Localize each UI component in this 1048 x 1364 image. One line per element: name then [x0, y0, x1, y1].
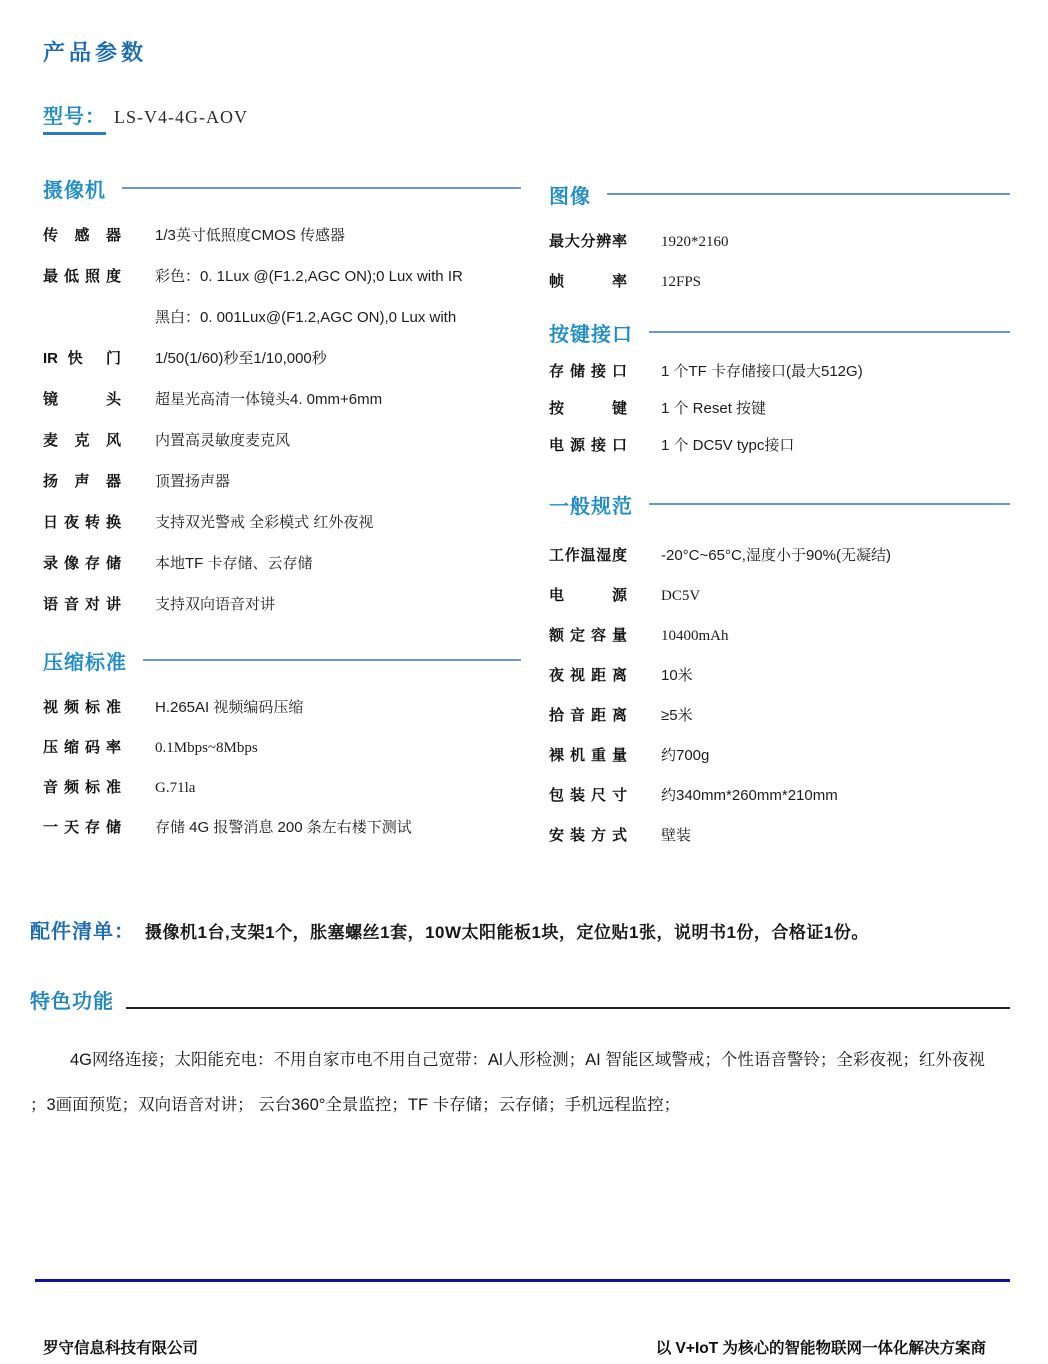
features-title: 特色功能	[30, 985, 114, 1014]
spec-value: 1 个 Reset 按键	[661, 399, 766, 419]
section-interface: 按键接口 存储接口1 个TF 卡存储接口(最大512G)按 键1 个 Reset…	[549, 320, 1010, 456]
spec-label: 包装尺寸	[549, 786, 627, 806]
section-image-header: 图像	[549, 182, 1010, 206]
spec-row: 电 源DC5V	[549, 586, 1010, 606]
spec-value: 1/3英寸低照度CMOS 传感器	[155, 226, 345, 246]
spec-label: 音频标准	[43, 778, 121, 798]
spec-label: 安装方式	[549, 826, 627, 846]
spec-row: 最低照度彩色：0. 1Lux @(F1.2,AGC ON);0 Lux with…	[43, 267, 521, 287]
spec-label: 存储接口	[549, 362, 627, 382]
spec-label: 裸机重量	[549, 746, 627, 766]
section-interface-title: 按键接口	[549, 318, 633, 347]
spec-row: 夜视距离10米	[549, 666, 1010, 686]
spec-value: 内置高灵敏度麦克风	[155, 431, 290, 451]
spec-row: 最大分辨率1920*2160	[549, 232, 1010, 252]
spec-row: IR快 门1/50(1/60)秒至1/10,000秒	[43, 349, 521, 369]
spec-row: 扬 声 器顶置扬声器	[43, 472, 521, 492]
footer-rule	[35, 1279, 1010, 1282]
spec-label: 日夜转换	[43, 513, 121, 533]
footer: 罗守信息科技有限公司 以 V+IoT 为核心的智能物联网一体化解决方案商	[43, 1336, 986, 1358]
spec-value: 1/50(1/60)秒至1/10,000秒	[155, 349, 327, 369]
section-general-header: 一般规范	[549, 492, 1010, 516]
section-image-title: 图像	[549, 180, 591, 209]
spec-value: 支持双向语音对讲	[155, 595, 275, 615]
spec-row: 视频标准H.265AI 视频编码压缩	[43, 698, 521, 718]
spec-value: 顶置扬声器	[155, 472, 230, 492]
features-header: 特色功能	[30, 988, 1010, 1014]
page-title: 产品参数	[43, 36, 147, 67]
spec-label	[43, 308, 121, 328]
features-line: ；3画面预览；双向语音对讲； 云台360°全景监控；TF 卡存储；云存储；手机远…	[30, 1083, 1010, 1128]
spec-label: 视频标准	[43, 698, 121, 718]
spec-row: 按 键1 个 Reset 按键	[549, 399, 1010, 419]
spec-label: 电源接口	[549, 436, 627, 456]
section-compression-header: 压缩标准	[43, 648, 521, 672]
footer-company: 罗守信息科技有限公司	[43, 1336, 198, 1358]
accessories-label: 配件清单：	[30, 915, 135, 944]
section-rule	[649, 503, 1010, 505]
spec-value: 约340mm*260mm*210mm	[661, 786, 838, 806]
accessories-text: 摄像机1台,支架1个，胀塞螺丝1套，10W太阳能板1块，定位贴1张，说明书1份，…	[145, 915, 869, 943]
section-general: 一般规范 工作温湿度-20°C~65°C,湿度小于90%(无凝结)电 源DC5V…	[549, 492, 1010, 846]
section-rule	[122, 187, 521, 189]
spec-label: 最大分辨率	[549, 232, 627, 252]
spec-value: 0.1Mbps~8Mbps	[155, 738, 258, 758]
spec-row: 额定容量10400mAh	[549, 626, 1010, 646]
accessories-row: 配件清单： 摄像机1台,支架1个，胀塞螺丝1套，10W太阳能板1块，定位贴1张，…	[30, 915, 1010, 944]
spec-label: 额定容量	[549, 626, 627, 646]
section-general-rows: 工作温湿度-20°C~65°C,湿度小于90%(无凝结)电 源DC5V额定容量1…	[549, 546, 1010, 846]
section-rule	[143, 659, 521, 661]
spec-label: 录像存储	[43, 554, 121, 574]
spec-label: 电 源	[549, 586, 627, 606]
section-general-title: 一般规范	[549, 490, 633, 519]
left-column: 摄像机 传 感 器1/3英寸低照度CMOS 传感器最低照度彩色：0. 1Lux …	[43, 176, 521, 858]
spec-row: 麦 克 风内置高灵敏度麦克风	[43, 431, 521, 451]
spec-value: 10400mAh	[661, 626, 729, 646]
spec-row: 安装方式壁装	[549, 826, 1010, 846]
section-camera-header: 摄像机	[43, 176, 521, 200]
spec-label: 工作温湿度	[549, 546, 627, 566]
section-compression-title: 压缩标准	[43, 646, 127, 675]
product-spec-page: 产品参数 型号： LS-V4-4G-AOV 摄像机 传 感 器1/3英寸低照度C…	[0, 0, 1048, 1364]
model-row: 型号： LS-V4-4G-AOV	[43, 100, 248, 135]
spec-row: 拾音距离≥5米	[549, 706, 1010, 726]
spec-value: H.265AI 视频编码压缩	[155, 698, 303, 718]
footer-slogan: 以 V+IoT 为核心的智能物联网一体化解决方案商	[656, 1336, 986, 1358]
features-section: 特色功能 4G网络连接；太阳能充电：不用自家市电不用自己宽带：Al人形检测；AI…	[30, 988, 1010, 1128]
spec-label: 拾音距离	[549, 706, 627, 726]
spec-label: 一天存储	[43, 818, 121, 838]
spec-value: 约700g	[661, 746, 709, 766]
spec-columns: 摄像机 传 感 器1/3英寸低照度CMOS 传感器最低照度彩色：0. 1Lux …	[43, 176, 1010, 866]
spec-row: 黑白：0. 001Lux@(F1.2,AGC ON),0 Lux with	[43, 308, 521, 328]
spec-label: 麦 克 风	[43, 431, 121, 451]
features-rule	[126, 1007, 1010, 1009]
spec-label: 扬 声 器	[43, 472, 121, 492]
spec-label: 帧 率	[549, 272, 627, 292]
spec-value: 1 个 DC5V typc接口	[661, 436, 794, 456]
spec-label: 传 感 器	[43, 226, 121, 246]
spec-row: 日夜转换支持双光警戒 全彩模式 红外夜视	[43, 513, 521, 533]
spec-label: IR快 门	[43, 349, 121, 369]
spec-value: 12FPS	[661, 272, 701, 292]
spec-value: ≥5米	[661, 706, 693, 726]
spec-value: 存储 4G 报警消息 200 条左右楼下测试	[155, 818, 412, 838]
section-compression: 压缩标准 视频标准H.265AI 视频编码压缩压缩码率0.1Mbps~8Mbps…	[43, 648, 521, 838]
spec-value: -20°C~65°C,湿度小于90%(无凝结)	[661, 546, 891, 566]
spec-label: 最低照度	[43, 267, 121, 287]
section-image: 图像 最大分辨率1920*2160帧 率12FPS	[549, 182, 1010, 292]
spec-label: 压缩码率	[43, 738, 121, 758]
section-image-rows: 最大分辨率1920*2160帧 率12FPS	[549, 232, 1010, 292]
spec-row: 压缩码率0.1Mbps~8Mbps	[43, 738, 521, 758]
spec-row: 镜 头超星光高清一体镜头4. 0mm+6mm	[43, 390, 521, 410]
features-body: 4G网络连接；太阳能充电：不用自家市电不用自己宽带：Al人形检测；AI 智能区域…	[30, 1038, 1010, 1128]
spec-row: 存储接口1 个TF 卡存储接口(最大512G)	[549, 362, 1010, 382]
section-rule	[649, 331, 1010, 333]
section-camera: 摄像机 传 感 器1/3英寸低照度CMOS 传感器最低照度彩色：0. 1Lux …	[43, 176, 521, 615]
model-label: 型号：	[43, 100, 106, 135]
section-rule	[607, 193, 1010, 195]
spec-value: 彩色：0. 1Lux @(F1.2,AGC ON);0 Lux with IR	[155, 267, 463, 287]
spec-row: 音频标准G.71la	[43, 778, 521, 798]
spec-value: 支持双光警戒 全彩模式 红外夜视	[155, 513, 373, 533]
spec-value: 本地TF 卡存储、云存储	[155, 554, 313, 574]
spec-row: 裸机重量约700g	[549, 746, 1010, 766]
spec-row: 电源接口1 个 DC5V typc接口	[549, 436, 1010, 456]
spec-row: 帧 率12FPS	[549, 272, 1010, 292]
spec-value: 10米	[661, 666, 693, 686]
spec-row: 传 感 器1/3英寸低照度CMOS 传感器	[43, 226, 521, 246]
spec-value: DC5V	[661, 586, 700, 606]
spec-label: 夜视距离	[549, 666, 627, 686]
spec-value: 超星光高清一体镜头4. 0mm+6mm	[155, 390, 382, 410]
section-interface-rows: 存储接口1 个TF 卡存储接口(最大512G)按 键1 个 Reset 按键电源…	[549, 362, 1010, 456]
spec-value: 壁装	[661, 826, 691, 846]
spec-value: G.71la	[155, 778, 195, 798]
features-line: 4G网络连接；太阳能充电：不用自家市电不用自己宽带：Al人形检测；AI 智能区域…	[30, 1038, 1010, 1083]
section-interface-header: 按键接口	[549, 320, 1010, 344]
right-column: 图像 最大分辨率1920*2160帧 率12FPS 按键接口 存储接口1 个TF…	[549, 176, 1010, 866]
spec-label: 语音对讲	[43, 595, 121, 615]
spec-row: 包装尺寸约340mm*260mm*210mm	[549, 786, 1010, 806]
section-camera-title: 摄像机	[43, 174, 106, 203]
spec-row: 语音对讲支持双向语音对讲	[43, 595, 521, 615]
spec-value: 黑白：0. 001Lux@(F1.2,AGC ON),0 Lux with	[155, 308, 456, 328]
section-compression-rows: 视频标准H.265AI 视频编码压缩压缩码率0.1Mbps~8Mbps音频标准G…	[43, 698, 521, 838]
spec-label: 按 键	[549, 399, 627, 419]
spec-value: 1920*2160	[661, 232, 729, 252]
model-number: LS-V4-4G-AOV	[114, 107, 248, 128]
spec-row: 工作温湿度-20°C~65°C,湿度小于90%(无凝结)	[549, 546, 1010, 566]
section-camera-rows: 传 感 器1/3英寸低照度CMOS 传感器最低照度彩色：0. 1Lux @(F1…	[43, 226, 521, 615]
spec-row: 一天存储存储 4G 报警消息 200 条左右楼下测试	[43, 818, 521, 838]
spec-label: 镜 头	[43, 390, 121, 410]
spec-row: 录像存储本地TF 卡存储、云存储	[43, 554, 521, 574]
spec-value: 1 个TF 卡存储接口(最大512G)	[661, 362, 863, 382]
